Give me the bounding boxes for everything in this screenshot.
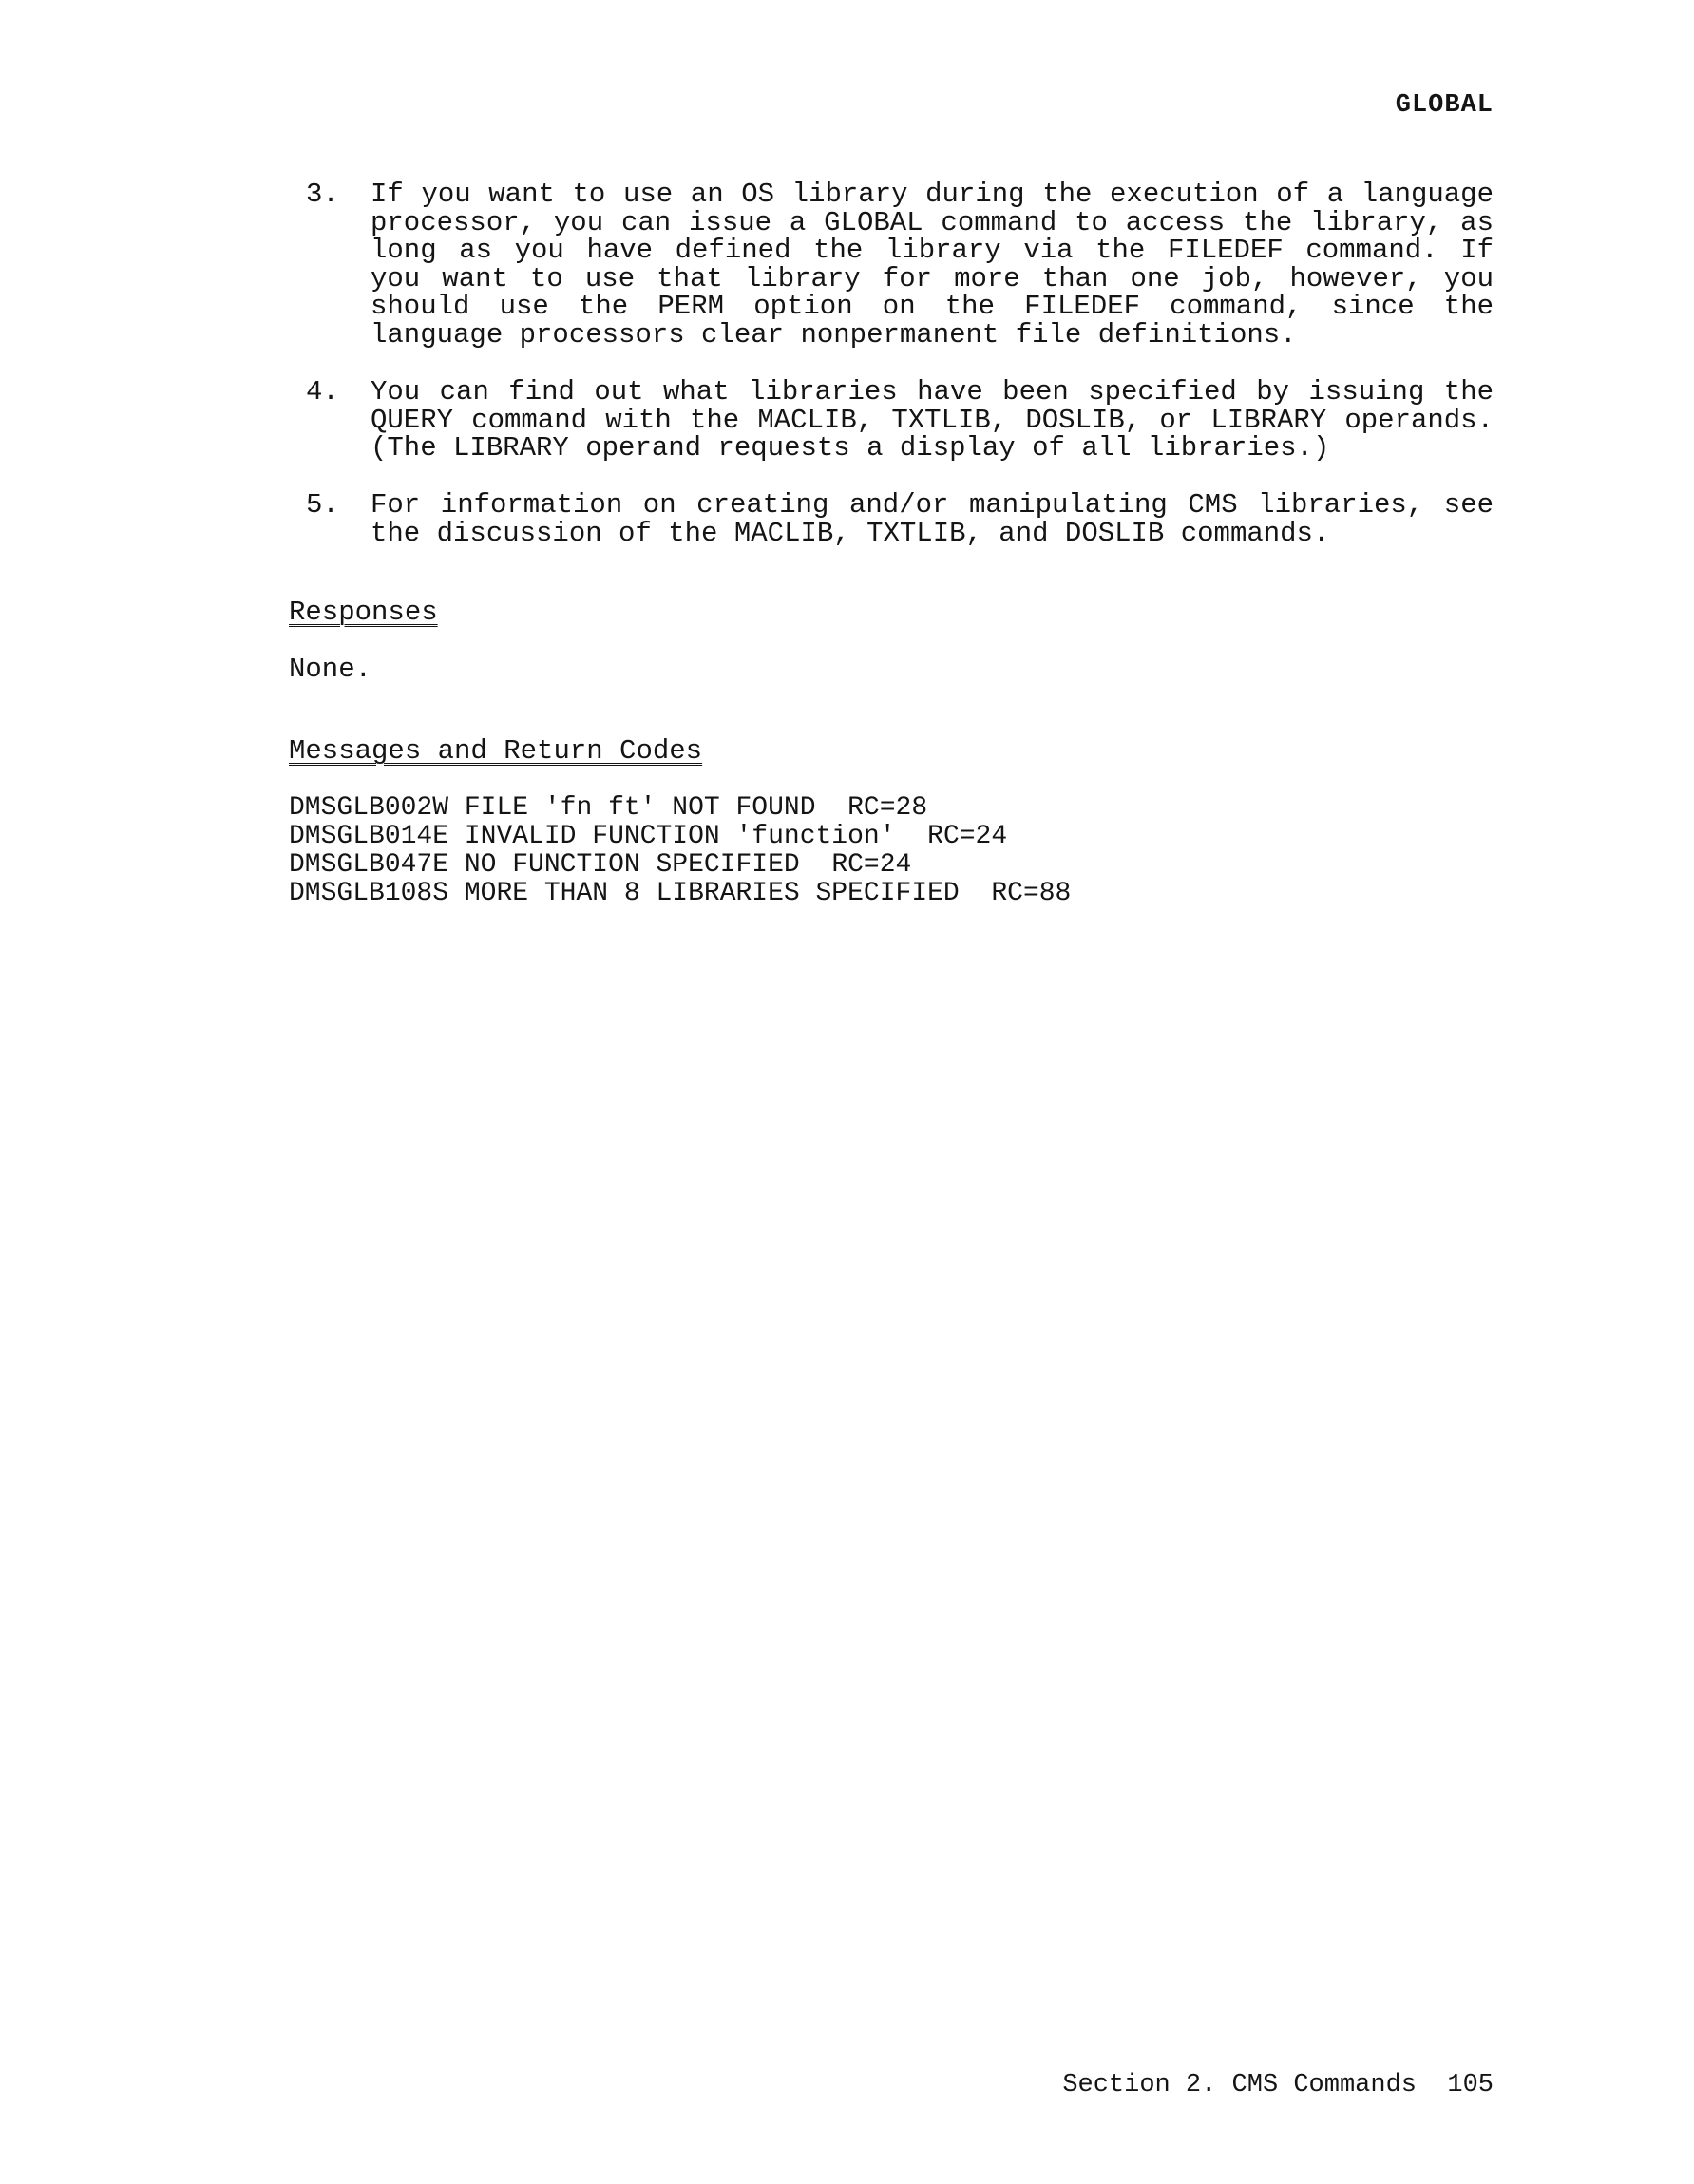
page-footer: Section 2. CMS Commands 105 (950, 2071, 1494, 2099)
responses-text: None. (289, 655, 371, 684)
text-line: you want to use that library for more th… (371, 265, 1494, 294)
text-line: long as you have defined the library via… (371, 237, 1494, 265)
text-line: If you want to use an OS library during … (371, 180, 1494, 209)
item-number: 3. (306, 180, 339, 209)
document-page: GLOBAL 3. If you want to use an OS libra… (0, 0, 1694, 2184)
return-code: RC=24 (927, 822, 1007, 851)
message-line: DMSGLB108S MORE THAN 8 LIBRARIES SPECIFI… (289, 880, 1071, 908)
footer-section-title: Section 2. CMS Commands (1062, 2071, 1417, 2099)
item-text: If you want to use an OS library during … (371, 180, 1494, 349)
message-text: MORE THAN 8 LIBRARIES SPECIFIED (465, 879, 960, 908)
page-number: 105 (1447, 2071, 1494, 2099)
return-code: RC=28 (847, 793, 927, 823)
item-text: For information on creating and/or manip… (371, 491, 1494, 547)
text-line: processor, you can issue a GLOBAL comman… (371, 209, 1494, 237)
message-id: DMSGLB047E (289, 850, 448, 880)
text-line: (The LIBRARY operand requests a display … (371, 434, 1494, 463)
text-line: language processors clear nonpermanent f… (371, 321, 1494, 350)
message-line: DMSGLB002W FILE 'fn ft' NOT FOUND RC=28 (289, 794, 1071, 823)
message-line: DMSGLB014E INVALID FUNCTION 'function' R… (289, 823, 1071, 851)
text-line: should use the PERM option on the FILEDE… (371, 293, 1494, 321)
running-head: GLOBAL (1368, 91, 1494, 120)
message-id: DMSGLB002W (289, 793, 448, 823)
text-line: For information on creating and/or manip… (371, 491, 1494, 520)
message-text: FILE 'fn ft' NOT FOUND (465, 793, 816, 823)
text-line: the discussion of the MACLIB, TXTLIB, an… (371, 520, 1494, 548)
message-id: DMSGLB108S (289, 879, 448, 908)
message-line: DMSGLB047E NO FUNCTION SPECIFIED RC=24 (289, 851, 1071, 880)
item-text: You can find out what libraries have bee… (371, 378, 1494, 463)
message-text: INVALID FUNCTION 'function' (465, 822, 896, 851)
messages-list: DMSGLB002W FILE 'fn ft' NOT FOUND RC=28 … (289, 794, 1071, 908)
message-text: NO FUNCTION SPECIFIED (465, 850, 800, 880)
return-code: RC=88 (991, 879, 1071, 908)
return-code: RC=24 (831, 850, 911, 880)
message-id: DMSGLB014E (289, 822, 448, 851)
text-line: QUERY command with the MACLIB, TXTLIB, D… (371, 407, 1494, 435)
text-line: You can find out what libraries have bee… (371, 378, 1494, 407)
item-number: 5. (306, 491, 339, 520)
item-number: 4. (306, 378, 339, 407)
responses-heading: Responses (289, 598, 438, 628)
messages-heading: Messages and Return Codes (289, 736, 702, 767)
